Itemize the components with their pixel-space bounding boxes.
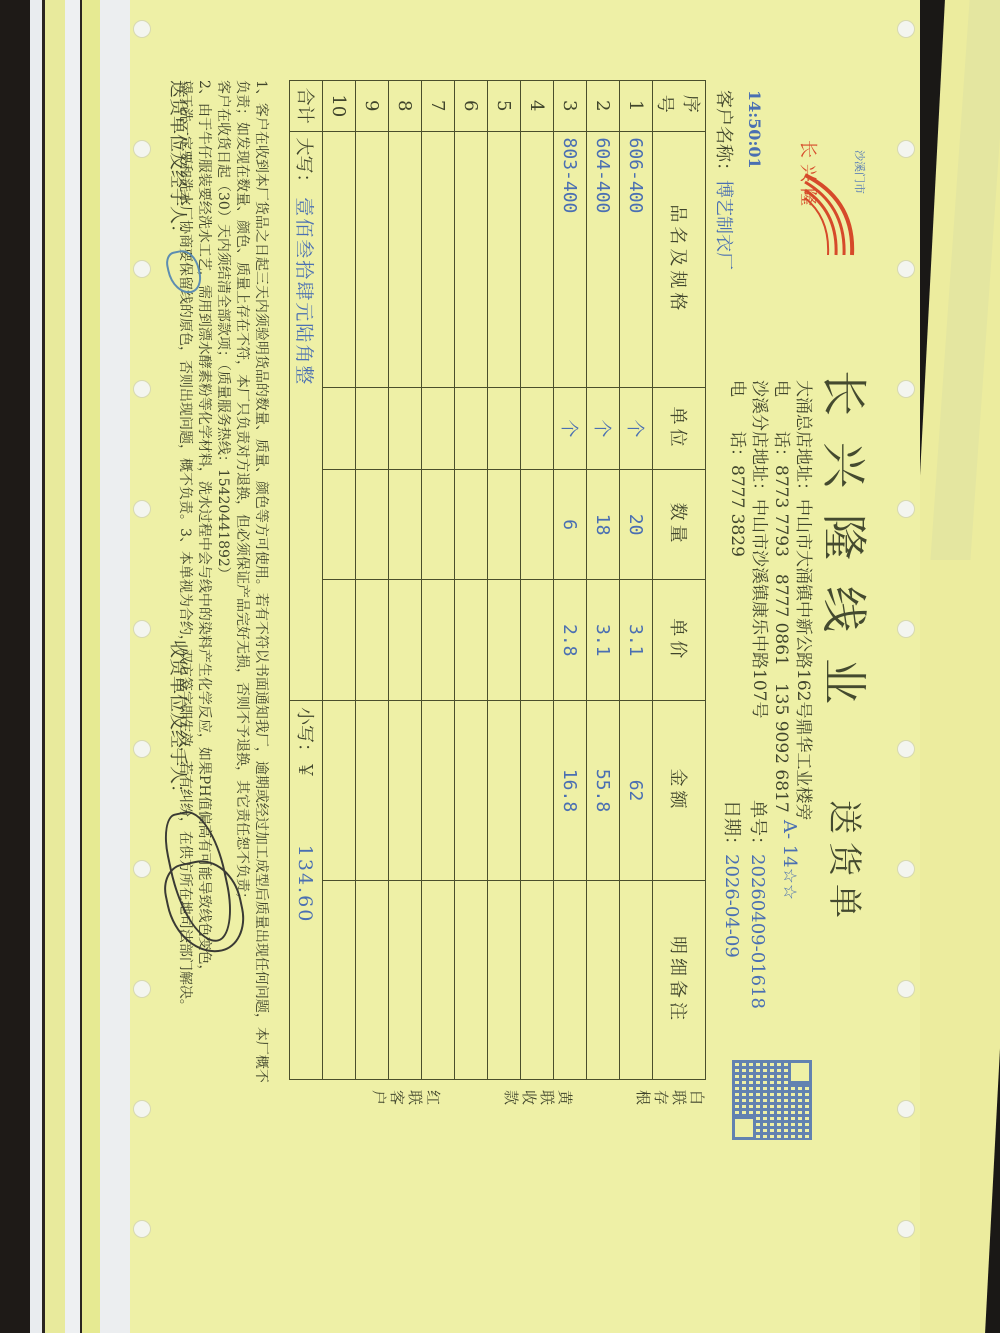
cell-qty <box>323 469 356 580</box>
cell-seq: 8 <box>389 81 422 132</box>
customer-value: 博艺制衣厂 <box>713 180 734 270</box>
phone-label: 电 话： <box>771 380 791 465</box>
cell-unit: 个 <box>587 388 620 470</box>
header-unit: 单位 <box>653 388 706 470</box>
cell-unit: 个 <box>554 388 587 470</box>
cell-note <box>455 881 488 1080</box>
table-header-row: 序号 品名及规格 单位 数量 单价 金额 明细备注 <box>653 81 706 1080</box>
header-note: 明细备注 <box>653 881 706 1080</box>
cell-price <box>323 580 356 701</box>
copy-white: 白联存根 <box>634 1090 706 1108</box>
cell-price <box>389 580 422 701</box>
paper-edge <box>65 0 80 1333</box>
cell-seq: 9 <box>356 81 389 132</box>
small-amount: 134.60 <box>294 845 316 923</box>
hole-icon <box>133 20 151 38</box>
cell-qty: 20 <box>620 469 653 580</box>
address-block: 大涌总店地址：中山市大涌镇中新公路162号鼎华工业楼旁 电 话：8773 779… <box>726 380 814 820</box>
capital-amount: 壹佰叁拾肆元陆角整 <box>294 197 316 386</box>
cell-amount: 55.8 <box>587 701 620 881</box>
cell-note <box>389 881 422 1080</box>
cell-price <box>422 580 455 701</box>
paper-edge <box>82 0 100 1333</box>
phone-value: 8777 3829 <box>727 465 747 557</box>
cell-price: 2.8 <box>554 580 587 701</box>
cell-note <box>488 881 521 1080</box>
cell-name <box>389 131 422 388</box>
hole-icon <box>897 1100 915 1118</box>
copy-red: 红联客户 <box>370 1090 442 1108</box>
cell-price <box>356 580 389 701</box>
cell-qty: 18 <box>587 469 620 580</box>
cell-qty: 6 <box>554 469 587 580</box>
cell-note <box>323 881 356 1080</box>
cell-name <box>422 131 455 388</box>
hole-icon <box>133 620 151 638</box>
cell-note <box>422 881 455 1080</box>
table-row: 2 604-400 个 18 3.1 55.8 <box>587 81 620 1080</box>
address-row: 大涌总店地址：中山市大涌镇中新公路162号鼎华工业楼旁 <box>792 380 814 820</box>
address-label: 沙溪分店地址： <box>749 380 769 499</box>
hole-icon <box>133 1220 151 1238</box>
document-number: 单号：20260409-01618 <box>746 800 772 1009</box>
copy-yellow: 黄联收款 <box>502 1090 574 1108</box>
print-time: 14:50:01 <box>745 90 764 169</box>
items-table: 序号 品名及规格 单位 数量 单价 金额 明细备注 1 606-400 个 20 <box>289 80 706 1080</box>
cell-qty <box>389 469 422 580</box>
total-label: 合计 <box>290 81 323 132</box>
cell-amount <box>356 701 389 881</box>
table-row: 7 <box>422 81 455 1080</box>
cell-note <box>587 881 620 1080</box>
cell-unit <box>356 388 389 470</box>
cell-seq: 1 <box>620 81 653 132</box>
table-row: 9 <box>356 81 389 1080</box>
phone-row: 电 话：8773 7793 8777 0861 135 9092 6817 <box>770 380 792 820</box>
cell-unit <box>455 388 488 470</box>
signature-row: 送货单位及经手人： 收货单位及经手人： <box>166 80 192 1090</box>
cell-price <box>488 580 521 701</box>
hole-icon <box>897 740 915 758</box>
document-type: 送货单 <box>823 800 872 926</box>
total-capital-cell: 大写： 壹佰叁拾肆元陆角整 <box>290 131 323 701</box>
cell-price <box>455 580 488 701</box>
header-name: 品名及规格 <box>653 131 706 388</box>
address-row: 沙溪分店地址：中山市沙溪镇康乐中路107号 <box>748 380 770 820</box>
cell-amount: 62 <box>620 701 653 881</box>
hole-icon <box>133 980 151 998</box>
cell-seq: 7 <box>422 81 455 132</box>
address-value: 中山市沙溪镇康乐中路107号 <box>749 499 769 718</box>
table-row: 3 803-400 个 6 2.8 16.8 <box>554 81 587 1080</box>
paper-edge <box>30 0 42 1333</box>
cell-amount <box>455 701 488 881</box>
receiver-sign-label: 收货单位及经手人： <box>166 640 192 802</box>
hole-icon <box>133 140 151 158</box>
cell-amount <box>323 701 356 881</box>
cell-name <box>488 131 521 388</box>
cell-unit <box>422 388 455 470</box>
total-small-cell: 小写：￥ 134.60 <box>290 701 323 1080</box>
hole-icon <box>897 860 915 878</box>
hole-icon <box>897 620 915 638</box>
document-date: 日期：2026-04-09 <box>720 800 746 958</box>
cell-price: 3.1 <box>587 580 620 701</box>
hole-icon <box>133 500 151 518</box>
cell-amount <box>521 701 554 881</box>
customer-name: 客户名称：博艺制衣厂 <box>712 90 738 270</box>
hole-icon <box>133 1100 151 1118</box>
phone-row: 电 话：8777 3829 <box>726 380 748 820</box>
company-logo: 沙溪门市 长兴隆 <box>782 120 872 270</box>
table-row: 6 <box>455 81 488 1080</box>
header-amount: 金额 <box>653 701 706 881</box>
cell-qty <box>488 469 521 580</box>
cell-qty <box>455 469 488 580</box>
cell-note <box>356 881 389 1080</box>
header-price: 单价 <box>653 580 706 701</box>
cell-unit <box>488 388 521 470</box>
cell-seq: 4 <box>521 81 554 132</box>
hole-icon <box>897 1220 915 1238</box>
doc-no-value: 20260409-01618 <box>747 854 768 1009</box>
table-row: 8 <box>389 81 422 1080</box>
phone-value: 8773 7793 8777 0861 135 9092 6817 <box>771 465 791 813</box>
cell-name <box>455 131 488 388</box>
table-row: 1 606-400 个 20 3.1 62 <box>620 81 653 1080</box>
capital-label: 大写： <box>294 138 315 192</box>
cell-note <box>620 881 653 1080</box>
date-value: 2026-04-09 <box>721 854 742 958</box>
cell-unit <box>323 388 356 470</box>
hole-icon <box>897 980 915 998</box>
receipt-wrapper: 沙溪门市 长兴隆 长兴隆线业 送货单 大涌总店地址：中山市大涌镇中新公路162号… <box>130 0 920 1333</box>
cell-amount <box>422 701 455 881</box>
paper-edge <box>45 0 65 1333</box>
delivery-note: 沙溪门市 长兴隆 长兴隆线业 送货单 大涌总店地址：中山市大涌镇中新公路162号… <box>130 0 920 1333</box>
cell-price: 3.1 <box>620 580 653 701</box>
cell-name: 604-400 <box>587 131 620 388</box>
address-value: 中山市大涌镇中新公路162号鼎华工业楼旁 <box>793 499 813 820</box>
cell-name: 606-400 <box>620 131 653 388</box>
hole-icon <box>133 260 151 278</box>
paper-edge <box>100 0 130 1333</box>
cell-seq: 5 <box>488 81 521 132</box>
hole-icon <box>133 740 151 758</box>
cell-qty <box>356 469 389 580</box>
cell-name <box>323 131 356 388</box>
header-seq: 序号 <box>653 81 706 132</box>
cell-note <box>554 881 587 1080</box>
hole-icon <box>897 140 915 158</box>
hole-icon <box>897 20 915 38</box>
header-qty: 数量 <box>653 469 706 580</box>
cell-qty <box>521 469 554 580</box>
company-name: 长兴隆线业 <box>814 370 880 730</box>
cell-seq: 2 <box>587 81 620 132</box>
cell-qty <box>422 469 455 580</box>
brand-name: 长兴隆 <box>796 140 822 212</box>
cell-amount <box>389 701 422 881</box>
doc-no-label: 单号： <box>747 800 768 854</box>
cell-seq: 6 <box>455 81 488 132</box>
hole-icon <box>897 260 915 278</box>
date-label: 日期： <box>721 800 742 854</box>
cell-unit <box>389 388 422 470</box>
phone-label: 电 话： <box>727 380 747 465</box>
sender-sign-label: 送货单位及经手人： <box>167 80 188 242</box>
receipt-body: 沙溪门市 长兴隆 长兴隆线业 送货单 大涌总店地址：中山市大涌镇中新公路162号… <box>152 60 892 1260</box>
cell-price <box>521 580 554 701</box>
small-label: 小写：￥ <box>294 707 315 779</box>
qr-code-icon[interactable] <box>732 1060 812 1140</box>
hole-icon <box>897 380 915 398</box>
total-row: 合计 大写： 壹佰叁拾肆元陆角整 小写：￥ 134.60 <box>290 81 323 1080</box>
customer-label: 客户名称： <box>713 90 734 180</box>
copy-labels: 白联存根 黄联收款 红联客户 <box>342 1090 706 1130</box>
cell-seq: 3 <box>554 81 587 132</box>
cell-name: 803-400 <box>554 131 587 388</box>
cell-seq: 10 <box>323 81 356 132</box>
hole-icon <box>133 380 151 398</box>
cell-amount <box>488 701 521 881</box>
cell-unit <box>521 388 554 470</box>
cell-unit: 个 <box>620 388 653 470</box>
hole-icon <box>897 500 915 518</box>
serial-code: A- 14☆☆ <box>779 820 800 900</box>
cell-note <box>521 881 554 1080</box>
hole-icon <box>133 860 151 878</box>
cell-amount: 16.8 <box>554 701 587 881</box>
cell-name <box>356 131 389 388</box>
cell-name <box>521 131 554 388</box>
table-row: 10 <box>323 81 356 1080</box>
table-row: 5 <box>488 81 521 1080</box>
table-row: 4 <box>521 81 554 1080</box>
address-label: 大涌总店地址： <box>793 380 813 499</box>
perforation-holes-top <box>894 0 920 1333</box>
